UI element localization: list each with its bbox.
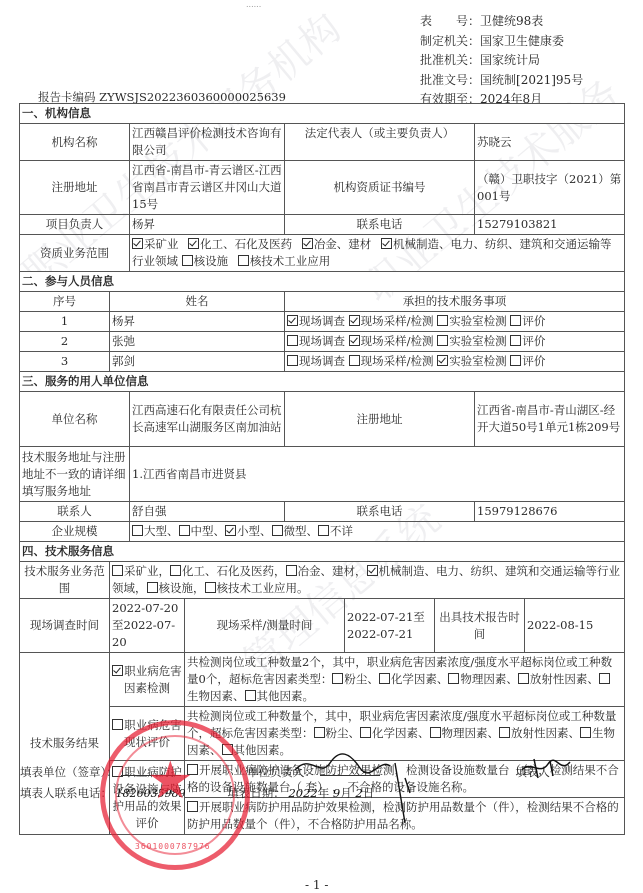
checkbox[interactable]	[238, 255, 249, 266]
checkbox[interactable]	[287, 315, 298, 326]
official-seal: ★ 3601000787976	[100, 720, 250, 870]
service-scope-label: 技术服务业务范围	[20, 562, 110, 599]
form-number: 表 号：卫健统98表	[420, 12, 583, 32]
service-address: 1.江西省南昌市进贤县	[130, 447, 625, 502]
project-lead-label: 项目负责人	[20, 215, 130, 235]
scope-label: 资质业务范围	[20, 235, 130, 272]
contact-label: 联系人	[20, 502, 130, 522]
checkbox[interactable]	[510, 355, 521, 366]
checkbox[interactable]	[112, 665, 123, 676]
results-label: 技术服务结果	[20, 653, 110, 835]
unit-reg-address-label: 注册地址	[285, 392, 475, 447]
table-row: 3 郭剑 现场调查 现场采样/检测 实验室检测 评价	[20, 352, 625, 372]
legal-rep-label: 法定代表人（或主要负责人）	[285, 124, 475, 161]
checkbox[interactable]	[314, 727, 325, 738]
checkbox[interactable]	[437, 315, 448, 326]
checkbox[interactable]	[499, 727, 510, 738]
checkbox[interactable]	[147, 582, 158, 593]
form-meta: 表 号：卫健统98表 制定机关：国家卫生健康委 批准机关：国家统计局 批准文号：…	[420, 12, 583, 110]
service-address-label: 技术服务地址与注册地址不一致的请详细填写服务地址	[20, 447, 130, 502]
size-options: 大型、中型、小型、微型、不详	[130, 522, 625, 542]
checkbox[interactable]	[287, 355, 298, 366]
checkbox[interactable]	[225, 525, 236, 536]
sampling-time-label: 现场采样/测量时间	[185, 599, 345, 653]
checkbox[interactable]	[437, 355, 448, 366]
size-label: 企业规模	[20, 522, 130, 542]
phone: 15279103821	[475, 215, 625, 235]
page-number: - 1 -	[305, 878, 328, 892]
checkbox[interactable]	[580, 727, 591, 738]
checkbox[interactable]	[430, 727, 441, 738]
report-time-label: 出具技术报告时间	[435, 599, 525, 653]
unit-reg-address: 江西省-南昌市-青山湖区-经开大道50号1单元1栋209号	[475, 392, 625, 447]
checkbox[interactable]	[182, 255, 193, 266]
checkbox[interactable]	[448, 673, 459, 684]
issuing-authority: 制定机关：国家卫生健康委	[420, 32, 583, 52]
survey-time: 2022-07-20至2022-07-20	[110, 599, 185, 653]
unit-name-label: 单位名称	[20, 392, 130, 447]
checkbox[interactable]	[349, 315, 360, 326]
checkbox[interactable]	[599, 673, 610, 684]
checkbox[interactable]	[518, 673, 529, 684]
reg-address: 江西省-南昌市-青云谱区-江西省南昌市青云谱区井冈山大道15号	[130, 161, 285, 215]
checkbox[interactable]	[510, 315, 521, 326]
result-item-text: 共检测岗位或工种数量2个，其中，职业病危害因素浓度/强度水平超标岗位或工种数量0…	[185, 653, 625, 707]
contact-phone: 15979128676	[475, 502, 625, 522]
checkbox[interactable]	[349, 355, 360, 366]
checkbox[interactable]	[132, 238, 143, 249]
col-header-name: 姓名	[110, 292, 285, 312]
checkbox[interactable]	[318, 525, 329, 536]
checkbox[interactable]	[272, 525, 283, 536]
contact-phone-label: 联系电话	[285, 502, 475, 522]
checkbox[interactable]	[179, 525, 190, 536]
scope-options: 采矿业 化工、石化及医药 冶金、建材 机械制造、电力、纺织、建筑和交通运输等行业…	[130, 235, 625, 272]
report-form: 一、机构信息 机构名称 江西赣昌评价检测技术咨询有限公司 法定代表人（或主要负责…	[19, 103, 625, 835]
checkbox[interactable]	[332, 673, 343, 684]
page-top-mark: ......	[246, 0, 261, 9]
checkbox[interactable]	[188, 238, 199, 249]
checkbox[interactable]	[245, 690, 256, 701]
checkbox[interactable]	[112, 565, 123, 576]
contact: 舒自强	[130, 502, 285, 522]
cert-no-label: 机构资质证书编号	[285, 161, 475, 215]
checkbox[interactable]	[379, 673, 390, 684]
reg-address-label: 注册地址	[20, 161, 130, 215]
legal-rep: 苏晓云	[475, 124, 625, 161]
checkbox[interactable]	[510, 335, 521, 346]
checkbox[interactable]	[349, 335, 360, 346]
checkbox[interactable]	[302, 238, 313, 249]
section-title: 一、机构信息	[20, 104, 625, 124]
approval-number: 批准文号：国统制[2021]95号	[420, 71, 583, 91]
phone-label: 联系电话	[285, 215, 475, 235]
col-header-no: 序号	[20, 292, 110, 312]
checkbox[interactable]	[360, 727, 371, 738]
checkbox[interactable]	[205, 582, 216, 593]
checkbox[interactable]	[437, 335, 448, 346]
checkbox[interactable]	[170, 565, 181, 576]
leader-signature	[290, 748, 420, 828]
checkbox[interactable]	[286, 565, 297, 576]
org-name: 江西赣昌评价检测技术咨询有限公司	[130, 124, 285, 161]
unit-name: 江西高速石化有限责任公司杭长高速军山湖服务区南加油站	[130, 392, 285, 447]
checkbox[interactable]	[112, 719, 123, 730]
survey-time-label: 现场调查时间	[20, 599, 110, 653]
filler-phone-label: 填表人联系电话：	[20, 786, 112, 800]
service-scope-options: 采矿业，化工、石化及医药，冶金、建材，机械制造、电力、纺织、建筑和交通运输等行业…	[110, 562, 625, 599]
cert-no: （赣）卫职技字（2021）第001号	[475, 161, 625, 215]
result-item-label: 职业病危害因素检测	[110, 653, 185, 707]
checkbox[interactable]	[381, 238, 392, 249]
col-header-duties: 承担的技术服务事项	[285, 292, 625, 312]
section-title: 二、参与人员信息	[20, 272, 625, 292]
checkbox[interactable]	[287, 335, 298, 346]
sampling-time: 2022-07-21至2022-07-21	[345, 599, 435, 653]
checkbox[interactable]	[367, 565, 378, 576]
star-icon: ★	[147, 755, 194, 807]
org-name-label: 机构名称	[20, 124, 130, 161]
section-title: 三、服务的用人单位信息	[20, 372, 625, 392]
table-row: 1 杨昇 现场调查 现场采样/检测 实验室检测 评价	[20, 312, 625, 332]
filler-signature	[520, 756, 580, 781]
section-title: 四、技术服务信息	[20, 542, 625, 562]
project-lead: 杨昇	[130, 215, 285, 235]
report-time: 2022-08-15	[525, 599, 625, 653]
table-row: 2 张弛 现场调查 现场采样/检测 实验室检测 评价	[20, 332, 625, 352]
approving-authority: 批准机关：国家统计局	[420, 51, 583, 71]
checkbox[interactable]	[132, 525, 143, 536]
